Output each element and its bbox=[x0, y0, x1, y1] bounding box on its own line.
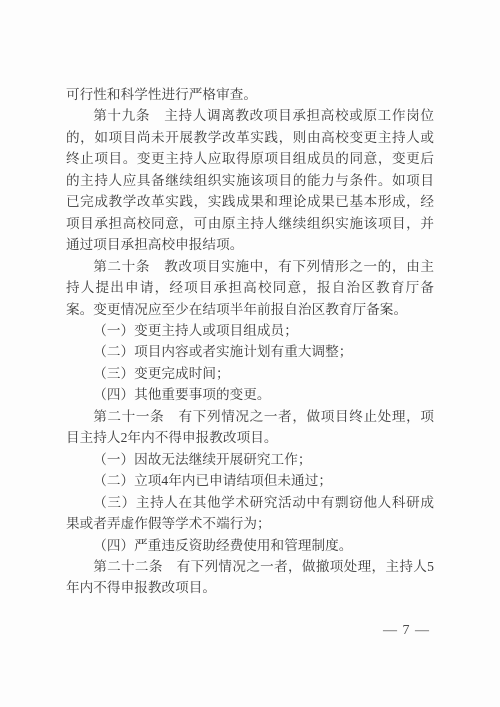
paragraph-article-21: 第二十一条 有下列情况之一者，做项目终止处理，项目主持人2年内不得申报教改项目。 bbox=[66, 406, 434, 449]
list-item-4: （四）其他重要事项的变更。 bbox=[66, 384, 434, 405]
list-item-4: （四）严重违反资助经费使用和管理制度。 bbox=[66, 535, 434, 556]
list-item-3: （三）变更完成时间； bbox=[66, 363, 434, 384]
paragraph-continuation: 可行性和科学性进行严格审查。 bbox=[66, 84, 434, 105]
document-page: 可行性和科学性进行严格审查。 第十九条 主持人调离教改项目承担高校或原工作岗位的… bbox=[0, 0, 500, 707]
paragraph-article-20: 第二十条 教改项目实施中，有下列情形之一的，由主持人提出申请，经项目承担高校同意… bbox=[66, 256, 434, 320]
list-item-1: （一）变更主持人或项目组成员； bbox=[66, 320, 434, 341]
list-item-3: （三）主持人在其他学术研究活动中有剽窃他人科研成果或者弄虚作假等学术不端行为； bbox=[66, 492, 434, 535]
list-item-2: （二）立项4年内已申请结项但未通过； bbox=[66, 470, 434, 491]
document-body: 可行性和科学性进行严格审查。 第十九条 主持人调离教改项目承担高校或原工作岗位的… bbox=[66, 84, 434, 599]
list-item-2: （二）项目内容或者实施计划有重大调整； bbox=[66, 341, 434, 362]
list-item-1: （一）因故无法继续开展研究工作； bbox=[66, 449, 434, 470]
page-number: — 7 — bbox=[383, 622, 430, 640]
paragraph-article-19: 第十九条 主持人调离教改项目承担高校或原工作岗位的，如项目尚未开展教学改革实践，… bbox=[66, 105, 434, 255]
paragraph-article-22: 第二十二条 有下列情况之一者，做撤项处理，主持人5年内不得申报教改项目。 bbox=[66, 556, 434, 599]
